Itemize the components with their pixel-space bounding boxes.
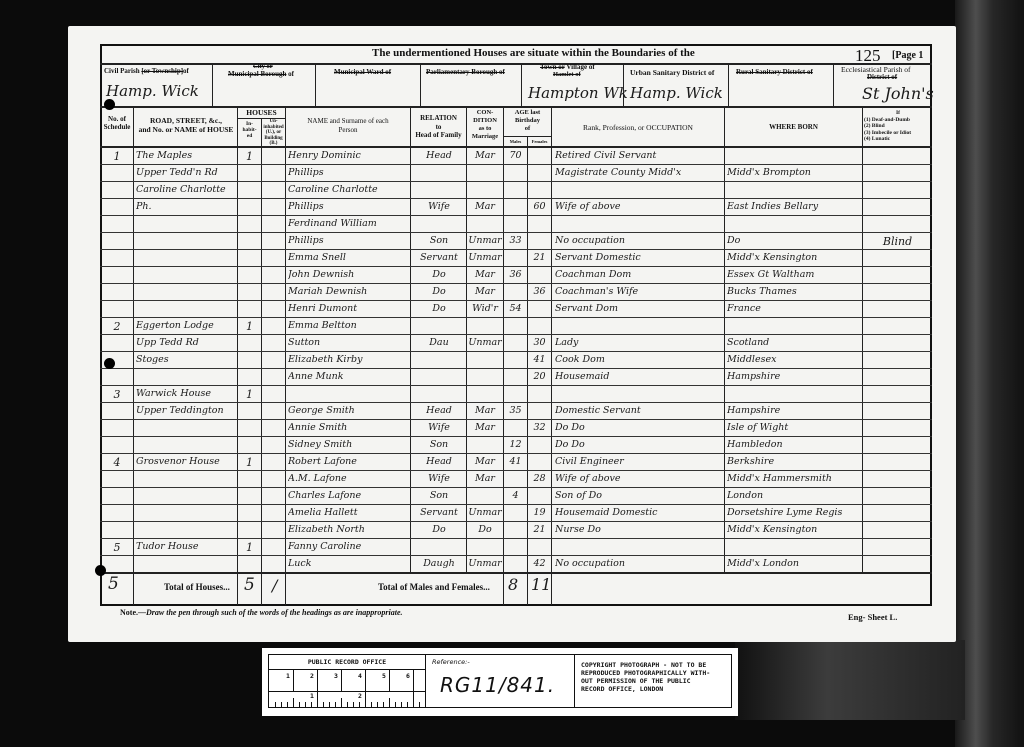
row-rule [100,334,932,335]
cell-road: Grosvenor House [136,456,236,467]
cell-name: Annie Smith [288,422,409,433]
cell-age-male: 36 [504,269,527,280]
cell-name: Henry Dominic [288,150,409,161]
cell-condition: Mar [467,286,503,297]
cell-condition: Do [467,524,503,535]
binding-hole [104,358,115,369]
rule [100,146,932,148]
scale-label: 3 [334,672,338,680]
cell-road: Upper Teddington [136,405,236,416]
total-uninhabited: / [272,576,277,595]
total-schedules: 5 [108,574,119,594]
row-rule [100,521,932,522]
village-label: Town or Village of [540,63,595,71]
cell-schedule: 2 [101,320,133,333]
cell-infirmity: Blind [864,235,931,248]
cell-condition: Wid'r [467,303,503,314]
cell-where-born: Middlesex [727,354,861,365]
cell-age-male: 54 [504,303,527,314]
col-header-where-born: WHERE BORN [725,123,862,131]
cell-condition: Unmar [467,507,503,518]
cell-name: Charles Lafone [288,490,409,501]
cell-relation: Wife [412,201,466,212]
binding-hole [95,565,106,576]
cell-name: John Dewnish [288,269,409,280]
cell-where-born: Midd'x Kensington [727,524,861,535]
cell-where-born: Hampshire [727,371,861,382]
cell-road: Ph. [136,201,236,212]
scale-label: 2 [310,672,314,680]
cell-road: Tudor House [136,541,236,552]
cell-inhabited: 1 [238,541,261,554]
cell-where-born: London [727,490,861,501]
cell-relation: Dau [412,337,466,348]
cell-age-female: 28 [528,473,551,484]
row-rule [100,164,932,165]
cell-relation: Do [412,524,466,535]
cell-age-female: 19 [528,507,551,518]
cell-name: Sidney Smith [288,439,409,450]
form-title: The undermentioned Houses are situate wi… [372,47,695,59]
col-header-road: ROAD, STREET, &c.,and No. or NAME of HOU… [136,116,236,134]
cell-age-female: 21 [528,524,551,535]
municipal-ward-label: Municipal Ward of [334,68,391,76]
cell-where-born: Bucks Thames [727,286,861,297]
cell-inhabited: 1 [238,320,261,333]
cell-road: Warwick House [136,388,236,399]
urban-sanitary-value: Hamp. Wick [630,84,723,102]
cell-condition: Mar [467,422,503,433]
cell-where-born: Dorsetshire Lyme Regis [727,507,861,518]
cell-occupation: Coachman Dom [555,269,723,280]
col-header-infirmity: If(1) Deaf-and-Dumb(2) Blind(3) Imbecile… [864,110,932,143]
cell-occupation: Domestic Servant [555,405,723,416]
scale-label: 1 [286,672,290,680]
cell-name: Amelia Hallett [288,507,409,518]
col-header-name: NAME and Surname of eachPerson [287,117,409,135]
cell-age-male: 33 [504,235,527,246]
cell-schedule: 5 [101,541,133,554]
row-rule [100,266,932,267]
cell-condition: Mar [467,150,503,161]
cell-name: George Smith [288,405,409,416]
col-rule [133,108,134,605]
cell-where-born: France [727,303,861,314]
cell-age-male: 4 [504,490,527,501]
cell-relation: Wife [412,422,466,433]
cell-occupation: No occupation [555,558,723,569]
total-houses-label: Total of Houses... [164,582,230,592]
cell-where-born: Midd'x Hammersmith [727,473,861,484]
cell-where-born: Berkshire [727,456,861,467]
cell-occupation: Retired Civil Servant [555,150,723,161]
urban-sanitary-label: Urban Sanitary District of [630,68,714,77]
cell-condition: Unmar [467,252,503,263]
col-header-relation: RELATIONtoHead of Family [411,114,466,140]
cell-where-born: Midd'x Kensington [727,252,861,263]
cell-occupation: Servant Dom [555,303,723,314]
cell-relation: Servant [412,507,466,518]
rule [100,63,932,65]
cell-where-born: Isle of Wight [727,422,861,433]
cell-age-female: 41 [528,354,551,365]
cell-name: Elizabeth Kirby [288,354,409,365]
footer-note: Note.—Draw the pen through such of the w… [120,608,403,617]
row-rule [100,385,932,386]
cell-age-male: 35 [504,405,527,416]
copyright-notice: COPYRIGHT PHOTOGRAPH - NOT TO BE REPRODU… [581,661,710,693]
total-females: 11 [531,575,551,594]
cell-occupation: Servant Domestic [555,252,723,263]
cell-condition: Unmar [467,558,503,569]
total-males: 8 [508,575,518,594]
cell-age-female: 36 [528,286,551,297]
cell-condition: Unmar [467,235,503,246]
cell-condition: Mar [467,473,503,484]
row-rule [100,538,932,539]
cell-name: Phillips [288,201,409,212]
cell-occupation: Magistrate County Midd'x [555,167,723,178]
row-rule [100,436,932,437]
cell-name: A.M. Lafone [288,473,409,484]
row-rule [100,402,932,403]
cell-occupation: Coachman's Wife [555,286,723,297]
cell-condition: Mar [467,269,503,280]
rule [100,106,932,108]
col-header-uninhabited: Un-inhabited(U.), orBuilding(B.) [262,119,285,147]
cell-occupation: Cook Dom [555,354,723,365]
cell-inhabited: 1 [238,150,261,163]
cell-name: Mariah Dewnish [288,286,409,297]
cell-age-male: 41 [504,456,527,467]
cell-relation: Head [412,150,466,161]
cell-name: Phillips [288,167,409,178]
cell-where-born: Hampshire [727,405,861,416]
cell-condition: Mar [467,201,503,212]
cell-relation: Wife [412,473,466,484]
col-header-occupation: Rank, Profession, or OCCUPATION [552,123,724,132]
cell-relation: Head [412,405,466,416]
col-header-houses: HOUSES [238,109,285,117]
cell-relation: Head [412,456,466,467]
col-header-condition: CON-DITIONas toMarriage [467,109,503,141]
cell-name: Emma Snell [288,252,409,263]
reference-label: Reference:- [432,658,470,666]
row-rule [100,504,932,505]
total-inhabited: 5 [244,575,255,595]
cell-relation: Son [412,490,466,501]
row-rule [100,419,932,420]
cell-road: Caroline Charlotte [136,184,236,195]
row-rule [100,487,932,488]
cell-occupation: Do Do [555,439,723,450]
scan-border-right [955,0,1024,747]
hamlet-label: Hamlet of [553,71,581,78]
cell-schedule: 1 [101,150,133,163]
total-persons-label: Total of Males and Females... [378,582,490,592]
row-rule [100,368,932,369]
cell-age-female: 21 [528,252,551,263]
cell-condition: Mar [467,456,503,467]
cell-inhabited: 1 [238,456,261,469]
cell-condition: Unmar [467,337,503,348]
cell-relation: Do [412,303,466,314]
col-header-females: Females [528,138,551,146]
cell-road: Upper Tedd'n Rd [136,167,236,178]
row-rule [100,198,932,199]
civil-parish-label: Civil Parish [or Township]of [104,67,189,75]
cell-occupation: No occupation [555,235,723,246]
row-rule [100,215,932,216]
cell-occupation: Housemaid Domestic [555,507,723,518]
record-office-strip: PUBLIC RECORD OFFICE 123456 12 Reference… [262,648,738,716]
cell-schedule: 4 [101,456,133,469]
cell-occupation: Lady [555,337,723,348]
cell-age-male: 70 [504,150,527,161]
cell-where-born: Hambledon [727,439,861,450]
row-rule [100,351,932,352]
cell-road: Upp Tedd Rd [136,337,236,348]
cell-relation: Daugh [412,558,466,569]
cell-occupation: Nurse Do [555,524,723,535]
folio-number: 125 [855,46,881,66]
col-header-schedule: No. ofSchedule [101,115,133,131]
cell-relation: Do [412,286,466,297]
row-rule [100,555,932,556]
cell-age-female: 32 [528,422,551,433]
scale-label: 4 [358,672,362,680]
district-label: District of [867,73,897,81]
cell-relation: Son [412,235,466,246]
cell-age-female: 30 [528,337,551,348]
cell-name: Fanny Caroline [288,541,409,552]
cell-where-born: Scotland [727,337,861,348]
cell-age-female: 20 [528,371,551,382]
scale-label: 1 [310,692,314,700]
cell-age-female: 60 [528,201,551,212]
cell-name: Robert Lafone [288,456,409,467]
scale-label: 5 [382,672,386,680]
col-header-males: Males [504,138,527,146]
cell-name: Emma Beltton [288,320,409,331]
cell-occupation: Do Do [555,422,723,433]
village-value: Hampton Wk [528,84,628,102]
reference-value: RG11/841. [440,673,555,697]
rural-sanitary-label: Rural Sanitary District of [736,68,813,76]
row-rule [100,232,932,233]
cell-name: Luck [288,558,409,569]
cell-where-born: Midd'x Brompton [727,167,861,178]
scale-label: 2 [358,692,362,700]
ecclesiastical-parish-value: St John's [862,84,934,103]
cell-occupation: Wife of above [555,473,723,484]
row-rule [100,181,932,182]
row-rule [100,453,932,454]
cell-condition: Mar [467,405,503,416]
reference-box: Reference:- RG11/841. [426,655,575,707]
cell-name: Henri Dumont [288,303,409,314]
city-label: City or [253,63,273,70]
col-header-age: AGE lastBirthdayof [504,109,551,133]
row-rule [100,300,932,301]
cell-relation: Do [412,269,466,280]
cell-name: Caroline Charlotte [288,184,409,195]
cell-name: Anne Munk [288,371,409,382]
cell-relation: Servant [412,252,466,263]
cell-occupation: Wife of above [555,201,723,212]
cell-name: Ferdinand William [288,218,409,229]
cell-age-male: 12 [504,439,527,450]
sheet-label: Eng- Sheet L. [848,612,897,622]
row-rule [100,249,932,250]
binding-hole [104,99,115,110]
office-label: PUBLIC RECORD OFFICE [269,658,425,666]
scan-border-bottom [735,640,965,720]
cell-where-born: Midd'x London [727,558,861,569]
cell-occupation: Civil Engineer [555,456,723,467]
cell-road: Stoges [136,354,236,365]
cell-name: Phillips [288,235,409,246]
cell-relation: Son [412,439,466,450]
cell-schedule: 3 [101,388,133,401]
cell-where-born: Essex Gt Waltham [727,269,861,280]
cell-where-born: Do [727,235,861,246]
scale-inches: 12 [269,692,425,707]
cell-where-born: East Indies Bellary [727,201,861,212]
scale-box: PUBLIC RECORD OFFICE 123456 12 [269,655,426,707]
row-rule [100,470,932,471]
scale-centimetres: 123456 [269,670,425,691]
row-rule [100,283,932,284]
cell-occupation: Son of Do [555,490,723,501]
cell-inhabited: 1 [238,388,261,401]
cell-road: Eggerton Lodge [136,320,236,331]
municipal-borough-label: Municipal Borough of [228,70,294,78]
cell-road: The Maples [136,150,236,161]
scale-label: 6 [406,672,410,680]
civil-parish-value: Hamp. Wick [106,82,199,100]
cell-age-female: 42 [528,558,551,569]
cell-name: Elizabeth North [288,524,409,535]
cell-name: Sutton [288,337,409,348]
col-header-inhabited: In-habit-ed [238,121,261,139]
page-number: [Page 1 [892,50,923,61]
cell-occupation: Housemaid [555,371,723,382]
parliamentary-borough-label: Parliamentary Borough of [426,68,505,76]
rule [100,572,932,574]
row-rule [100,317,932,318]
